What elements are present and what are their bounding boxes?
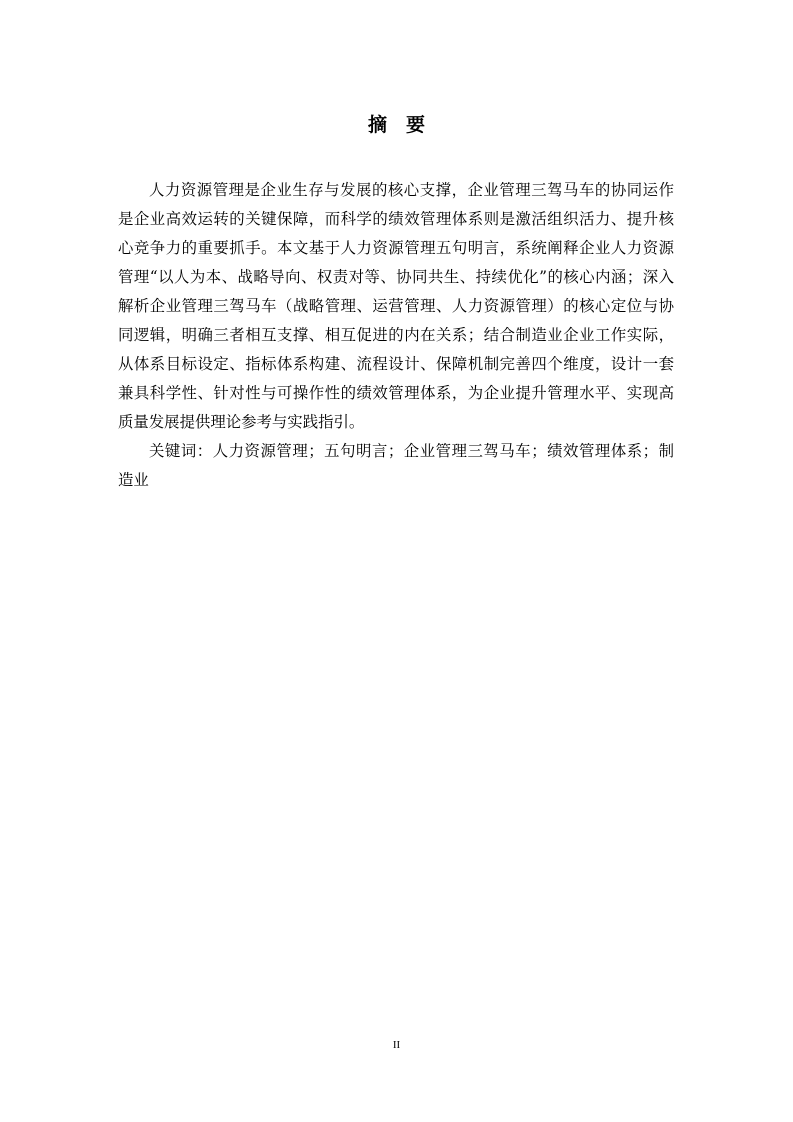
abstract-line-3: 心竞争力的重要抓手。本文基于人力资源管理五句明言，系统阐释企业人力资源 (118, 234, 674, 263)
abstract-body: 人力资源管理是企业生存与发展的核心支撑，企业管理三驾马车的协同运作 是企业高效运… (118, 176, 674, 495)
document-page: 摘要 人力资源管理是企业生存与发展的核心支撑，企业管理三驾马车的协同运作 是企业… (0, 0, 793, 1122)
keywords-line-1: 关键词：人力资源管理；五句明言；企业管理三驾马车；绩效管理体系；制 (118, 437, 674, 466)
keywords-line-2: 造业 (118, 466, 674, 495)
abstract-line-7: 从体系目标设定、指标体系构建、流程设计、保障机制完善四个维度，设计一套 (118, 350, 674, 379)
abstract-line-2: 是企业高效运转的关键保障，而科学的绩效管理体系则是激活组织活力、提升核 (118, 205, 674, 234)
abstract-line-4: 管理“以人为本、战略导向、权责对等、协同共生、持续优化”的核心内涵；深入 (118, 263, 674, 292)
abstract-paragraph: 人力资源管理是企业生存与发展的核心支撑，企业管理三驾马车的协同运作 是企业高效运… (118, 176, 674, 437)
abstract-title-char-1: 摘 (368, 114, 387, 136)
abstract-line-6: 同逻辑，明确三者相互支撑、相互促进的内在关系；结合制造业企业工作实际， (118, 321, 674, 350)
abstract-line-1: 人力资源管理是企业生存与发展的核心支撑，企业管理三驾马车的协同运作 (118, 176, 674, 205)
abstract-line-8: 兼具科学性、针对性与可操作性的绩效管理体系，为企业提升管理水平、实现高 (118, 379, 674, 408)
abstract-title: 摘要 (0, 112, 793, 138)
keywords-paragraph: 关键词：人力资源管理；五句明言；企业管理三驾马车；绩效管理体系；制 造业 (118, 437, 674, 495)
abstract-line-9: 质量发展提供理论参考与实践指引。 (118, 408, 674, 437)
abstract-title-char-2: 要 (406, 114, 425, 136)
page-number: II (0, 1038, 793, 1052)
abstract-line-5: 解析企业管理三驾马车（战略管理、运营管理、人力资源管理）的核心定位与协 (118, 292, 674, 321)
